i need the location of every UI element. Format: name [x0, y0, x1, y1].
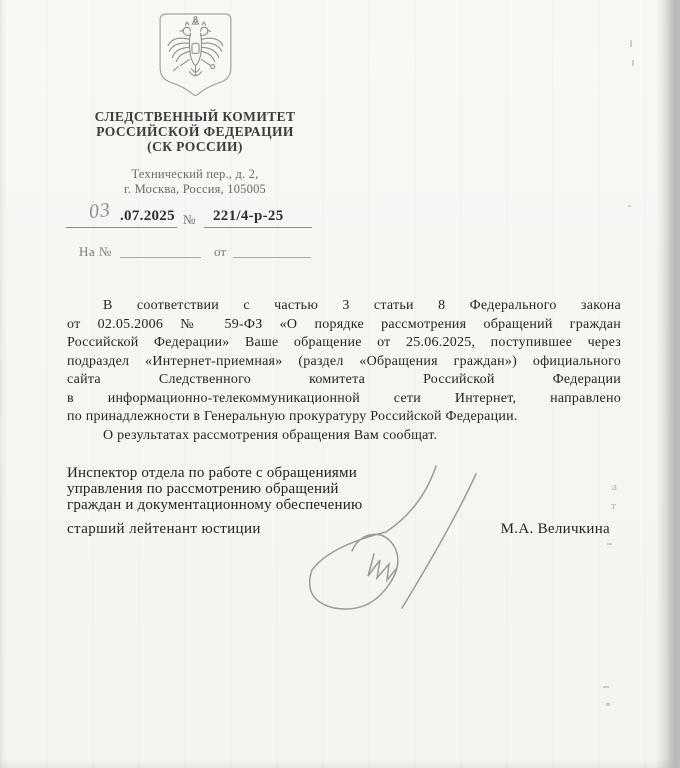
org-name-line-1: СЛЕДСТВЕННЫЙ КОМИТЕТ — [55, 109, 335, 124]
page-edge-bottom — [0, 759, 680, 768]
bleedthrough-mark — [628, 205, 631, 207]
letterhead-org-name: СЛЕДСТВЕННЫЙ КОМИТЕТ РОССИЙСКОЙ ФЕДЕРАЦИ… — [55, 109, 335, 155]
address-line-1: Технический пер., д. 2, — [55, 167, 335, 182]
number-sign: № — [183, 212, 195, 228]
body-line: в информационно-телекоммуникационной сет… — [67, 390, 621, 409]
handwritten-signature — [290, 458, 485, 616]
body-line: В соответствии с частью 3 статьи 8 Федер… — [67, 297, 621, 316]
scanned-letter-page: СЛЕДСТВЕННЫЙ КОМИТЕТ РОССИЙСКОЙ ФЕДЕРАЦИ… — [0, 0, 680, 768]
date-underline — [66, 227, 177, 228]
bleedthrough-mark — [630, 40, 632, 47]
body-line: подраздел «Интернет-приемная» (раздел «О… — [67, 353, 621, 372]
bleedthrough-char: т — [611, 501, 616, 512]
body-line: от 02.05.2006 № 59-ФЗ «О порядке рассмот… — [67, 316, 621, 335]
bleedthrough-mark — [606, 703, 610, 706]
address-line-2: г. Москва, Россия, 105005 — [55, 182, 335, 197]
body-line: О результатах рассмотрения обращения Вам… — [67, 427, 621, 446]
letterhead-address: Технический пер., д. 2, г. Москва, Росси… — [55, 167, 335, 197]
page-edge-left — [0, 0, 7, 768]
signer-rank: старший лейтенант юстиции — [67, 521, 261, 538]
body-line: сайта Следственного комитета Российской … — [67, 371, 621, 390]
reply-number-blank — [120, 257, 201, 258]
body-line: Российской Федерации» Ваше обращение от … — [67, 334, 621, 353]
handwritten-date-day: 03 — [88, 199, 113, 225]
org-name-line-3: (СК РОССИИ) — [55, 139, 335, 154]
reply-number-label: На № — [79, 244, 112, 260]
org-name-line-2: РОССИЙСКОЙ ФЕДЕРАЦИИ — [55, 124, 335, 139]
outgoing-number: 221/4-р-25 — [213, 208, 284, 225]
page-edge-shadow — [656, 0, 680, 768]
coat-of-arms-icon — [159, 13, 232, 99]
number-underline — [204, 227, 312, 228]
reply-date-blank — [233, 257, 311, 258]
bleedthrough-mark — [603, 686, 609, 688]
reply-from-label: от — [214, 244, 226, 260]
letter-date: .07.2025 — [120, 208, 175, 225]
bleedthrough-mark — [607, 543, 612, 545]
bleedthrough-mark — [632, 60, 634, 66]
body-line: по принадлежности в Генеральную прокурат… — [67, 408, 621, 427]
bleedthrough-char: а — [612, 482, 617, 493]
letter-body: В соответствии с частью 3 статьи 8 Федер… — [67, 297, 621, 445]
